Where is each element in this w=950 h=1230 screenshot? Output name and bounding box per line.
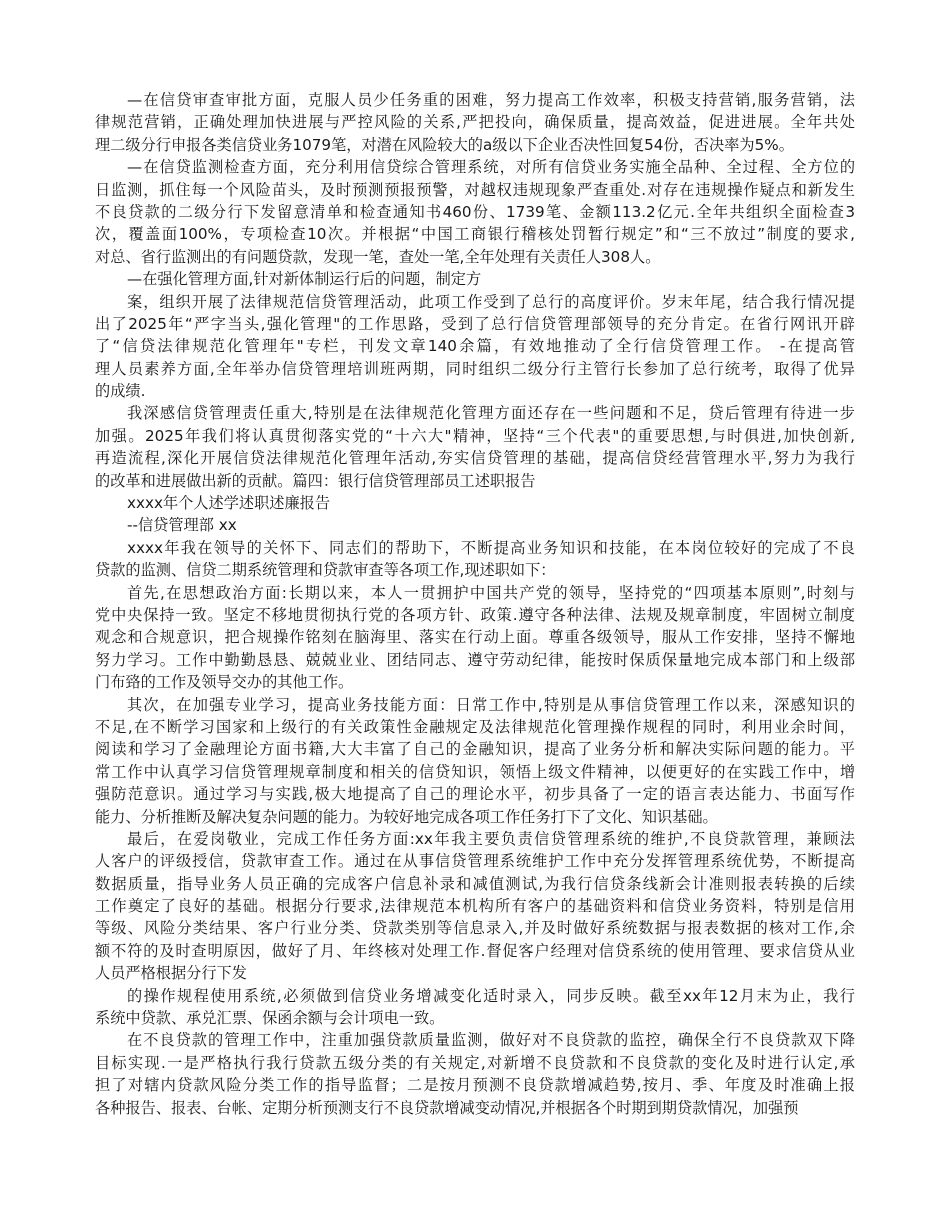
- paragraph-operation-rules: 的操作规程使用系统,必须做到信贷业务增减变化适时录入，同步反映。截至xx年12月…: [95, 985, 855, 1030]
- paragraph-report-intro: xxxx年我在领导的关怀下、同志们的帮助下，不断提高业务知识和技能，在本岗位较好…: [95, 537, 855, 582]
- text-line: xxxx年个人述学述职述廉报告: [95, 492, 855, 514]
- text-line: 了“信贷法律规范化管理年"专栏，刊发文章140余篇，有效地推动了全行信贷管理工作…: [95, 335, 855, 357]
- text-line: 对总、省行监测出的有问题贷款，发现一笔，查处一笔,全年处理有关责任人308人。: [95, 246, 855, 268]
- text-line: 律规范营销，正确处理加快进展与严控风险的关系,严把投向，确保质量，提高效益，促进…: [95, 111, 855, 133]
- text-line: 常工作中认真学习信贷管理规章制度和相关的信贷知识，领悟上级文件精神，以便更好的在…: [95, 761, 855, 783]
- paragraph-report-author: --信贷管理部 xx: [95, 514, 855, 536]
- text-line: --信贷管理部 xx: [95, 514, 855, 536]
- text-line: 贷款的监测、信贷二期系统管理和贷款审查等各项工作,现述职如下：: [95, 559, 855, 581]
- text-line: 门布臵的工作及领导交办的其他工作。: [95, 671, 855, 693]
- text-line: 的操作规程使用系统,必须做到信贷业务增减变化适时录入，同步反映。截至xx年12月…: [95, 985, 855, 1007]
- paragraph-report-title: xxxx年个人述学述职述廉报告: [95, 492, 855, 514]
- paragraph-dedication: 最后，在爱岗敬业，完成工作任务方面:xx年我主要负责信贷管理系统的维护,不良贷款…: [95, 828, 855, 985]
- text-line: 加强。2025年我们将认真贯彻落实党的“十六大"精神，坚持“三个代表"的重要思想…: [95, 425, 855, 447]
- text-line: 不良贷款的二级分行下发留意清单和检查通知书460份、1739笔、金额113.2亿…: [95, 201, 855, 223]
- text-line: 次，覆盖面100%，专项检查10次。并根据“中国工商银行稽核处罚暂行规定”和“三…: [95, 223, 855, 245]
- paragraph-responsibility: 我深感信贷管理责任重大,特别是在法律规范化管理方面还存在一些问题和不足，贷后管理…: [95, 402, 855, 492]
- text-line: 案，组织开展了法律规范信贷管理活动，此项工作受到了总行的高度评价。岁末年尾，结合…: [95, 291, 855, 313]
- paragraph-credit-monitoring: —在信贷监测检查方面，充分利用信贷综合管理系统，对所有信贷业务实施全品种、全过程…: [95, 156, 855, 268]
- text-line: 各种报告、报表、台帐、定期分析预测支行不良贷款增减变动情况,并根据各个时期到期贷…: [95, 1097, 855, 1119]
- text-line: 数据质量，指导业务人员正确的完成客户信息补录和减值测试,为我行信贷条线新会计准则…: [95, 873, 855, 895]
- text-line: —在强化管理方面,针对新体制运行后的问题，制定方: [95, 268, 855, 290]
- text-line: 出了2025年“严字当头,强化管理"的工作思路，受到了总行信贷管理部领导的充分肯…: [95, 313, 855, 335]
- text-line: 人员严格根据分行下发: [95, 962, 855, 984]
- text-line: —在信贷监测检查方面，充分利用信贷综合管理系统，对所有信贷业务实施全品种、全过程…: [95, 156, 855, 178]
- text-line: 理二级分行申报各类信贷业务1079笔，对潜在风险较大的a级以下企业否决性回复54…: [95, 134, 855, 156]
- text-line: 等级、风险分类结果、客户行业分类、贷款类别等信息录入,并及时做好系统数据与报表数…: [95, 917, 855, 939]
- paragraph-strengthen-management-b: 案，组织开展了法律规范信贷管理活动，此项工作受到了总行的高度评价。岁末年尾，结合…: [95, 291, 855, 403]
- paragraph-npl-management: 在不良贷款的管理工作中，注重加强贷款质量监测，做好对不良贷款的监控，确保全行不良…: [95, 1029, 855, 1119]
- text-line: 担了对辖内贷款风险分类工作的指导监督；二是按月预测不良贷款增减趋势,按月、季、年…: [95, 1074, 855, 1096]
- text-line: 我深感信贷管理责任重大,特别是在法律规范化管理方面还存在一些问题和不足，贷后管理…: [95, 402, 855, 424]
- paragraph-credit-review: —在信贷审查审批方面，克服人员少任务重的困难，努力提高工作效率，积极支持营销,服…: [95, 89, 855, 156]
- text-line: 人客户的评级授信，贷款审查工作。通过在从事信贷管理系统维护工作中充分发挥管理系统…: [95, 850, 855, 872]
- text-line: 工作奠定了良好的基础。根据分行要求,法律规范本机构所有客户的基础资料和信贷业务资…: [95, 895, 855, 917]
- text-line: 系统中贷款、承兑汇票、保函余额与会计项电一致。: [95, 1007, 855, 1029]
- text-line: 理人员素养方面,全年举办信贷管理培训班两期，同时组织二级分行主管行长参加了总行统…: [95, 358, 855, 380]
- document-body: —在信贷审查审批方面，克服人员少任务重的困难，努力提高工作效率，积极支持营销,服…: [95, 89, 855, 1119]
- text-line: 阅读和学习了金融理论方面书籍,大大丰富了自己的金融知识，提高了业务分析和解决实际…: [95, 738, 855, 760]
- text-line: 努力学习。工作中勤勤恳恳、兢兢业业、团结同志、遵守劳动纪律，能按时保质保量地完成…: [95, 649, 855, 671]
- paragraph-strengthen-management-a: —在强化管理方面,针对新体制运行后的问题，制定方: [95, 268, 855, 290]
- text-line: 不足,在不断学习国家和上级行的有关政策性金融规定及法律规范化管理操作规程的同时，…: [95, 716, 855, 738]
- text-line: —在信贷审查审批方面，克服人员少任务重的困难，努力提高工作效率，积极支持营销,服…: [95, 89, 855, 111]
- text-line: 党中央保持一致。坚定不移地贯彻执行党的各项方针、政策.遵守各种法律、法规及规章制…: [95, 604, 855, 626]
- text-line: xxxx年我在领导的关怀下、同志们的帮助下，不断提高业务知识和技能，在本岗位较好…: [95, 537, 855, 559]
- text-line: 额不符的及时查明原因，做好了月、年终核对处理工作.督促客户经理对信贷系统的使用管…: [95, 940, 855, 962]
- text-line: 目标实现.一是严格执行我行贷款五级分类的有关规定,对新增不良贷款和不良贷款的变化…: [95, 1052, 855, 1074]
- text-line: 再造流程,深化开展信贷法律规范化管理年活动,夯实信贷管理的基础，提高信贷经营管理…: [95, 447, 855, 469]
- text-line: 日监测，抓住每一个风险苗头，及时预测预报预警，对越权违规现象严查重处.对存在违规…: [95, 179, 855, 201]
- text-line: 的改革和进展做出新的贡献。篇四：银行信贷管理部员工述职报告: [95, 470, 855, 492]
- text-line: 强防范意识。通过学习与实践,极大地提高了自己的理论水平，初步具备了一定的语言表达…: [95, 783, 855, 805]
- text-line: 观念和合规意识，把合规操作铭刻在脑海里、落实在行动上面。尊重各级领导，服从工作安…: [95, 626, 855, 648]
- paragraph-political: 首先,在思想政治方面:长期以来，本人一贯拥护中国共产党的领导，坚持党的“四项基本…: [95, 582, 855, 694]
- text-line: 在不良贷款的管理工作中，注重加强贷款质量监测，做好对不良贷款的监控，确保全行不良…: [95, 1029, 855, 1051]
- text-line: 的成绩.: [95, 380, 855, 402]
- text-line: 首先,在思想政治方面:长期以来，本人一贯拥护中国共产党的领导，坚持党的“四项基本…: [95, 582, 855, 604]
- text-line: 其次，在加强专业学习，提高业务技能方面：日常工作中,特别是从事信贷管理工作以来，…: [95, 694, 855, 716]
- text-line: 能力、分析推断及解决复杂问题的能力。为较好地完成各项工作任务打下了文化、知识基础…: [95, 806, 855, 828]
- paragraph-professional: 其次，在加强专业学习，提高业务技能方面：日常工作中,特别是从事信贷管理工作以来，…: [95, 694, 855, 828]
- text-line: 最后，在爱岗敬业，完成工作任务方面:xx年我主要负责信贷管理系统的维护,不良贷款…: [95, 828, 855, 850]
